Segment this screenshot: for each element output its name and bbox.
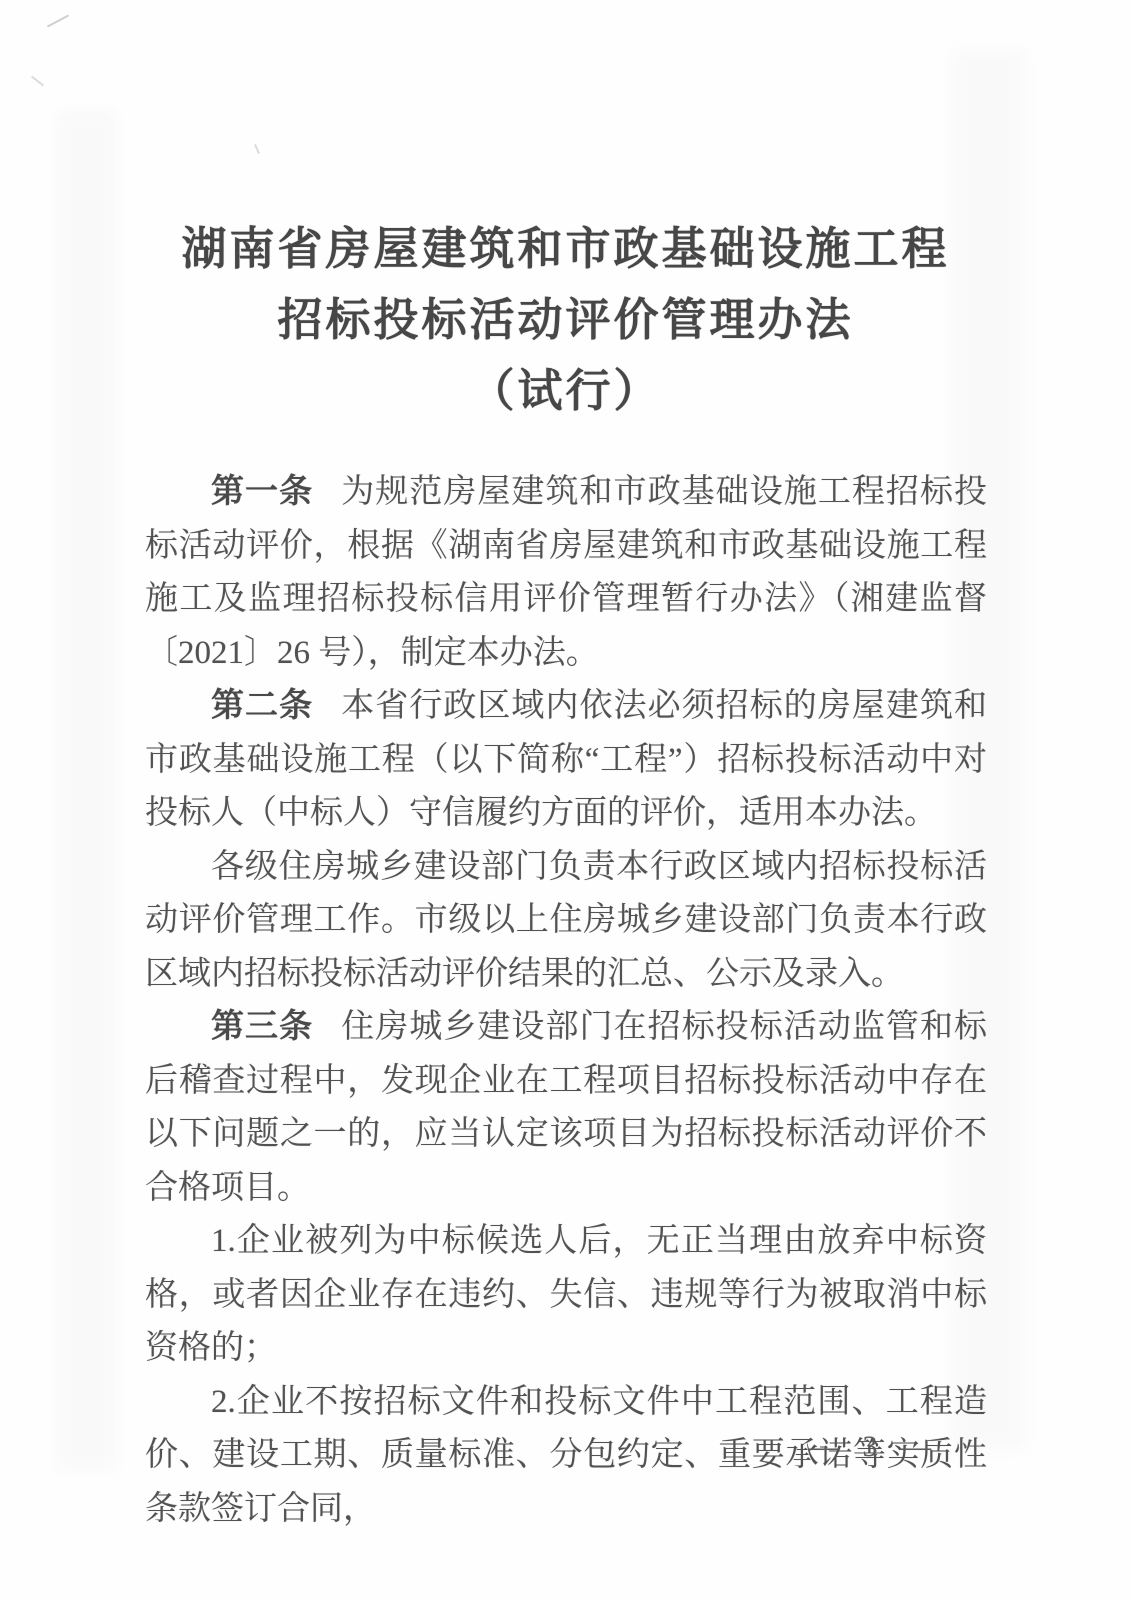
scan-artifact bbox=[254, 144, 260, 154]
document-body: 第一条为规范房屋建筑和市政基础设施工程招标投标活动评价，根据《湖南省房屋建筑和市… bbox=[145, 466, 987, 1536]
scan-artifact bbox=[31, 76, 44, 87]
paragraph-text: 各级住房城乡建设部门负责本行政区域内招标投标活动评价管理工作。市级以上住房城乡建… bbox=[145, 849, 987, 992]
paragraph-item-1: 1.企业被列为中标候选人后，无正当理由放弃中标资格，或者因企业存在违约、失信、违… bbox=[145, 1215, 987, 1376]
title-line-1: 湖南省房屋建筑和市政基础设施工程 bbox=[0, 214, 1131, 285]
document-title: 湖南省房屋建筑和市政基础设施工程 招标投标活动评价管理办法 （试行） bbox=[0, 214, 1131, 427]
paragraph-text: 1.企业被列为中标候选人后，无正当理由放弃中标资格，或者因企业存在违约、失信、违… bbox=[145, 1223, 987, 1366]
title-line-2: 招标投标活动评价管理办法 bbox=[0, 285, 1131, 356]
paragraph-article-2: 第二条本省行政区域内依法必须招标的房屋建筑和市政基础设施工程（以下简称“工程”）… bbox=[145, 680, 987, 841]
article-number: 第二条 bbox=[211, 688, 313, 724]
scanned-document-page: 湖南省房屋建筑和市政基础设施工程 招标投标活动评价管理办法 （试行） 第一条为规… bbox=[0, 0, 1131, 1600]
paragraph-article-3: 第三条住房城乡建设部门在招标投标活动监管和标后稽查过程中，发现企业在工程项目招标… bbox=[145, 1001, 987, 1215]
article-number: 第一条 bbox=[211, 474, 313, 510]
page-number: — 3 — bbox=[809, 1430, 939, 1464]
paragraph-article-1: 第一条为规范房屋建筑和市政基础设施工程招标投标活动评价，根据《湖南省房屋建筑和市… bbox=[145, 466, 987, 680]
paragraph-article-2-cont: 各级住房城乡建设部门负责本行政区域内招标投标活动评价管理工作。市级以上住房城乡建… bbox=[145, 841, 987, 1002]
scan-artifact bbox=[47, 14, 69, 27]
article-number: 第三条 bbox=[211, 1009, 313, 1045]
title-line-3: （试行） bbox=[0, 356, 1131, 427]
